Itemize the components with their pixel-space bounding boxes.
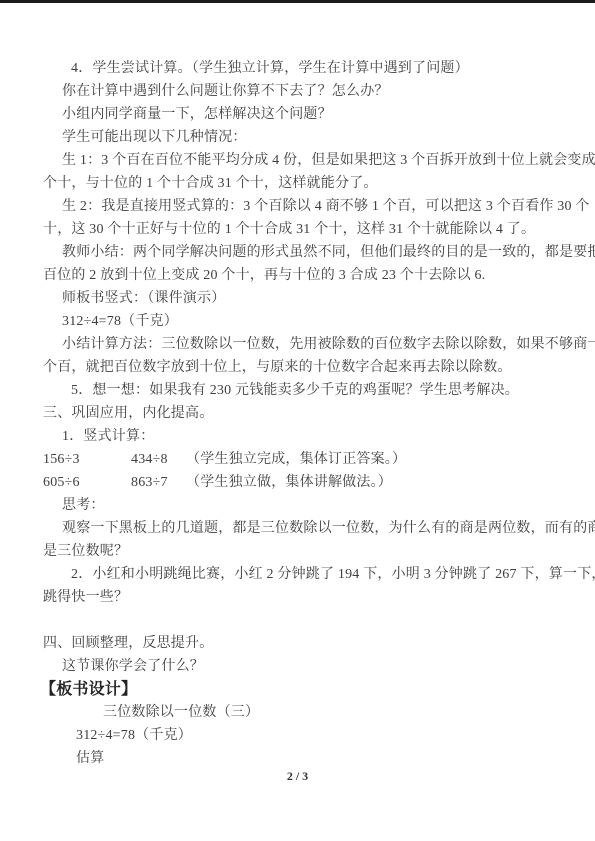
text-line: 百位的 2 放到十位上变成 20 个十，再与十位的 3 合成 23 个十去除以 … xyxy=(43,264,559,287)
text-line: 小组内同学商量一下，怎样解决这个问题？ xyxy=(62,103,559,126)
text-line: 学生可能出现以下几种情况： xyxy=(62,126,559,149)
text-line: 生 1：3 个百在百位不能平均分成 4 份，但是如果把这 3 个百拆开放到十位上… xyxy=(62,149,559,172)
text-line: 4．学生尝试计算。（学生独立计算，学生在计算中遇到了问题） xyxy=(71,57,559,80)
board-design-heading: 【板书设计】 xyxy=(40,678,559,701)
text-line: 312÷4=78（千克） xyxy=(76,724,559,747)
exercise-row: 605÷6863÷7（学生独立做，集体讲解做法。） xyxy=(43,471,559,494)
text-line: 你在计算中遇到什么问题让你算不下去了？怎么办？ xyxy=(62,80,559,103)
text-line: 师板书竖式：（课件演示） xyxy=(62,287,559,310)
division-expression: 156÷3 xyxy=(43,448,131,471)
text-line: 估算 xyxy=(76,747,559,770)
exercise-row: 156÷3434÷8（学生独立完成，集体订正答案。） xyxy=(43,448,559,471)
document-page: 4．学生尝试计算。（学生独立计算，学生在计算中遇到了问题）你在计算中遇到什么问题… xyxy=(0,0,595,841)
text-line: 三位数除以一位数（三） xyxy=(103,701,559,724)
text-line: 1．竖式计算： xyxy=(62,425,559,448)
text-line: 个十，与十位的 1 个十合成 31 个十，这样就能分了。 xyxy=(43,172,559,195)
text-line: 是三位数呢？ xyxy=(43,540,559,563)
text-line: 这节课你学会了什么？ xyxy=(62,655,559,678)
exercise-note: （学生独立做，集体讲解做法。） xyxy=(186,475,392,490)
text-line: 跳得快一些？ xyxy=(43,586,559,609)
text-line: 2．小红和小明跳绳比赛，小红 2 分钟跳了 194 下，小明 3 分钟跳了 26… xyxy=(71,563,559,586)
division-expression: 605÷6 xyxy=(43,471,131,494)
text-line: 312÷4=78（千克） xyxy=(62,310,559,333)
exercise-note: （学生独立完成，集体订正答案。） xyxy=(186,452,406,467)
text-line: 观察一下黑板上的几道题，都是三位数除以一位数，为什么有的商是两位数，而有的商 xyxy=(62,517,559,540)
blank-line xyxy=(43,609,559,632)
text-line: 思考： xyxy=(62,494,559,517)
text-line: 四、回顾整理，反思提升。 xyxy=(43,632,559,655)
text-line: 十，这 30 个十正好与十位的 1 个十合成 31 个十，这样 31 个十就能除… xyxy=(43,218,559,241)
text-line: 小结计算方法：三位数除以一位数，先用被除数的百位数字去除以除数，如果不够商一 xyxy=(62,333,559,356)
text-line: 5．想一想：如果我有 230 元钱能卖多少千克的鸡蛋呢？学生思考解决。 xyxy=(71,379,559,402)
text-line: 教师小结：两个同学解决问题的形式虽然不同，但他们最终的目的是一致的，都是要把 xyxy=(62,241,559,264)
page-number: 2 / 3 xyxy=(0,769,595,784)
text-line: 生 2：我是直接用竖式算的：3 个百除以 4 商不够 1 个百，可以把这 3 个… xyxy=(62,195,559,218)
document-body: 4．学生尝试计算。（学生独立计算，学生在计算中遇到了问题）你在计算中遇到什么问题… xyxy=(43,57,559,770)
division-expression: 863÷7 xyxy=(131,471,186,494)
text-line: 个百，就把百位数字放到十位上，与原来的十位数字合起来再去除以除数。 xyxy=(43,356,559,379)
window-top-border xyxy=(0,0,595,3)
text-line: 三、巩固应用，内化提高。 xyxy=(43,402,559,425)
division-expression: 434÷8 xyxy=(131,448,186,471)
